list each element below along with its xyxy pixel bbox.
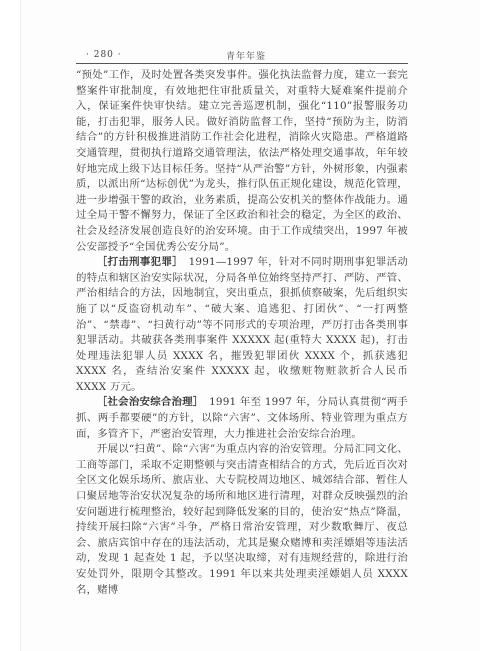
section-heading-crime: ［打击刑事犯罪］ — [97, 256, 178, 268]
paragraph-3: ［社会治安综合治理］ 1991 年至 1997 年，分局认真贯彻“两手抓、两手都… — [76, 395, 408, 442]
page-header: · 280 · 青年年鉴 — [76, 48, 408, 63]
paragraph-1: “预处”工作，及时处置各类突发事件。强化执法监督力度，建立一套完整案件审批制度，… — [76, 68, 408, 255]
page-number: · 280 · — [86, 50, 122, 60]
header-rule — [76, 63, 408, 64]
body-text: “预处”工作，及时处置各类突发事件。强化执法监督力度，建立一套完整案件审批制度，… — [76, 68, 408, 598]
paragraph-4: 开展以“扫黄”、除“六害”为重点内容的治安管理。分局汇同文化、工商等部门，采取不… — [76, 442, 408, 598]
paragraph-text: 开展以“扫黄”、除“六害”为重点内容的治安管理。分局汇同文化、工商等部门，采取不… — [76, 443, 408, 595]
paragraph-text: “预处”工作，及时处置各类突发事件。强化执法监督力度，建立一套完整案件审批制度，… — [76, 69, 408, 253]
section-heading-public-security: ［社会治安综合治理］ — [97, 396, 199, 408]
running-title: 青年年鉴 — [226, 49, 266, 62]
paragraph-2: ［打击刑事犯罪］ 1991—1997 年，针对不同时期刑事犯罪活动的特点和辖区治… — [76, 255, 408, 395]
paragraph-text: 1991—1997 年，针对不同时期刑事犯罪活动的特点和辖区治安实际状况，分局各… — [76, 256, 408, 393]
